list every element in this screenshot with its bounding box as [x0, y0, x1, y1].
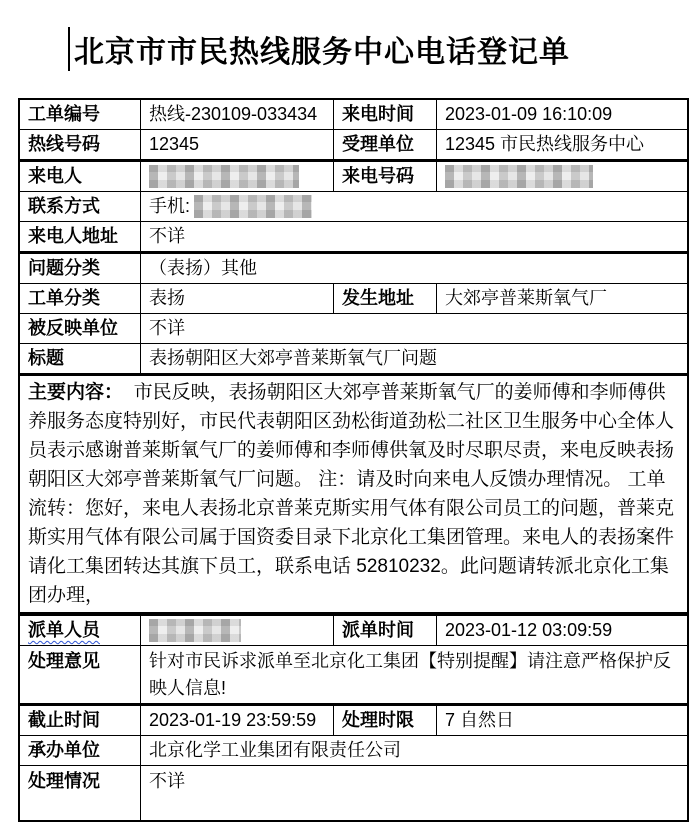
value-hotline-number: 12345: [140, 130, 333, 159]
value-reported-unit: 不详: [140, 314, 687, 343]
redacted-phone-number: [194, 195, 312, 218]
main-content-cell: 主要内容： 市民反映，表扬朝阳区大郊亭普莱斯氧气厂的姜师傅和李师傅供养服务态度特…: [20, 376, 687, 612]
document-page: 北京市市民热线服务中心电话登记单 工单编号 热线-230109-033434 来…: [0, 0, 700, 839]
table-row-caller: 来电人 来电号码: [20, 162, 687, 192]
redacted-caller-number: [445, 165, 593, 188]
value-order-number: 热线-230109-033434: [140, 100, 333, 129]
value-issue-category: （表扬）其他: [140, 254, 687, 283]
label-order-category: 工单分类: [20, 284, 140, 313]
dispatcher-label-text: 派单人员: [28, 617, 100, 644]
table-row-handling-unit: 承办单位 北京化学工业集团有限责任公司: [20, 736, 687, 766]
label-order-number: 工单编号: [20, 100, 140, 129]
value-deadline: 2023-01-19 23:59:59: [140, 706, 333, 735]
value-caller-name: [140, 162, 333, 191]
table-row-caller-address: 来电人地址 不详: [20, 222, 687, 254]
main-content-body: 市民反映，表扬朝阳区大郊亭普莱斯氧气厂的姜师傅和李师傅供养服务态度特别好，市民代…: [28, 382, 674, 606]
value-caller-address: 不详: [140, 222, 687, 251]
label-caller-address: 来电人地址: [20, 222, 140, 251]
label-issue-category: 问题分类: [20, 254, 140, 283]
label-accepting-unit: 受理单位: [333, 130, 436, 159]
label-handling-status: 处理情况: [20, 766, 140, 820]
label-deadline: 截止时间: [20, 706, 140, 735]
label-title-field: 标题: [20, 344, 140, 373]
label-call-time: 来电时间: [333, 100, 436, 129]
table-row-handling-status: 处理情况 不详: [20, 766, 687, 820]
value-contact-method: 手机:: [140, 192, 687, 221]
contact-method-prefix: 手机:: [149, 193, 190, 220]
value-accepting-unit: 12345 市民热线服务中心: [436, 130, 687, 159]
value-handling-status: 不详: [140, 766, 687, 820]
table-row-deadline: 截止时间 2023-01-19 23:59:59 处理时限 7 自然日: [20, 706, 687, 736]
label-caller-number: 来电号码: [333, 162, 436, 191]
label-dispatcher: 派单人员: [20, 616, 140, 645]
value-dispatch-time: 2023-01-12 03:09:59: [436, 616, 687, 645]
text-cursor: [68, 27, 70, 71]
label-contact-method: 联系方式: [20, 192, 140, 221]
label-handling-limit: 处理时限: [333, 706, 436, 735]
main-content-label: 主要内容：: [28, 382, 123, 403]
table-row-hotline-number: 热线号码 12345 受理单位 12345 市民热线服务中心: [20, 130, 687, 162]
label-incident-address: 发生地址: [333, 284, 436, 313]
value-incident-address: 大郊亭普莱斯氧气厂: [436, 284, 687, 313]
table-row-dispatcher: 派单人员 派单时间 2023-01-12 03:09:59: [20, 616, 687, 646]
table-row-order-number: 工单编号 热线-230109-033434 来电时间 2023-01-09 16…: [20, 100, 687, 130]
value-order-category: 表扬: [140, 284, 333, 313]
registration-form-table: 工单编号 热线-230109-033434 来电时间 2023-01-09 16…: [18, 98, 689, 822]
table-row-contact-method: 联系方式 手机:: [20, 192, 687, 222]
table-row-main-content: 主要内容： 市民反映，表扬朝阳区大郊亭普莱斯氧气厂的姜师傅和李师傅供养服务态度特…: [20, 376, 687, 616]
label-hotline-number: 热线号码: [20, 130, 140, 159]
value-call-time: 2023-01-09 16:10:09: [436, 100, 687, 129]
title-row: 北京市市民热线服务中心电话登记单: [68, 26, 700, 72]
redacted-caller-name: [149, 165, 299, 188]
redacted-dispatcher-name: [149, 619, 241, 642]
table-row-reported-unit: 被反映单位 不详: [20, 314, 687, 344]
value-title-field: 表扬朝阳区大郊亭普莱斯氧气厂问题: [140, 344, 687, 373]
label-caller-name: 来电人: [20, 162, 140, 191]
value-handling-limit: 7 自然日: [436, 706, 687, 735]
value-dispatcher: [140, 616, 333, 645]
label-dispatch-time: 派单时间: [333, 616, 436, 645]
value-handling-opinion: 针对市民诉求派单至北京化工集团【特别提醒】请注意严格保护反映人信息!: [140, 646, 687, 703]
table-row-issue-category: 问题分类 （表扬）其他: [20, 254, 687, 284]
label-reported-unit: 被反映单位: [20, 314, 140, 343]
value-handling-unit: 北京化学工业集团有限责任公司: [140, 736, 687, 765]
table-row-title-field: 标题 表扬朝阳区大郊亭普莱斯氧气厂问题: [20, 344, 687, 376]
main-content-text: 主要内容： 市民反映，表扬朝阳区大郊亭普莱斯氧气厂的姜师傅和李师傅供养服务态度特…: [28, 378, 679, 610]
page-title: 北京市市民热线服务中心电话登记单: [74, 27, 570, 71]
table-row-order-category: 工单分类 表扬 发生地址 大郊亭普莱斯氧气厂: [20, 284, 687, 314]
table-row-handling-opinion: 处理意见 针对市民诉求派单至北京化工集团【特别提醒】请注意严格保护反映人信息!: [20, 646, 687, 706]
label-handling-unit: 承办单位: [20, 736, 140, 765]
value-caller-number: [436, 162, 687, 191]
label-handling-opinion: 处理意见: [20, 646, 140, 703]
